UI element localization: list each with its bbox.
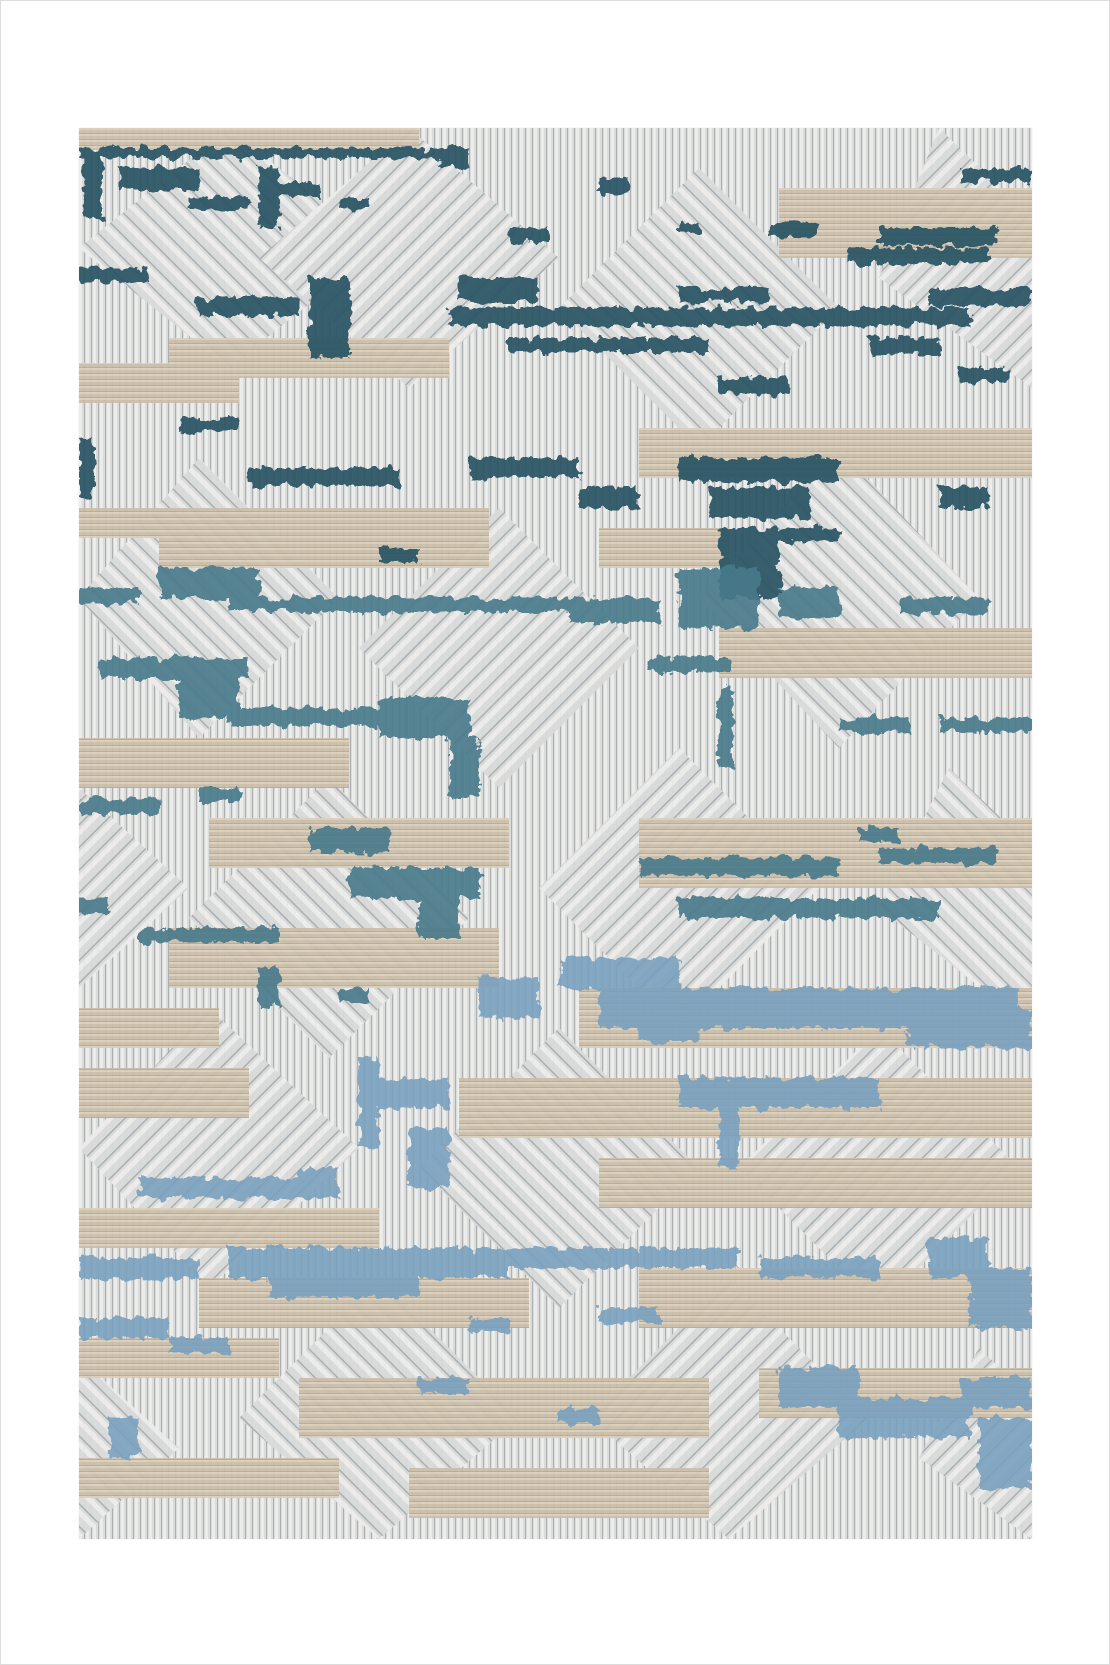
rug-photo (79, 128, 1032, 1539)
image-frame (0, 0, 1110, 1665)
rug-pattern (79, 128, 1032, 1539)
